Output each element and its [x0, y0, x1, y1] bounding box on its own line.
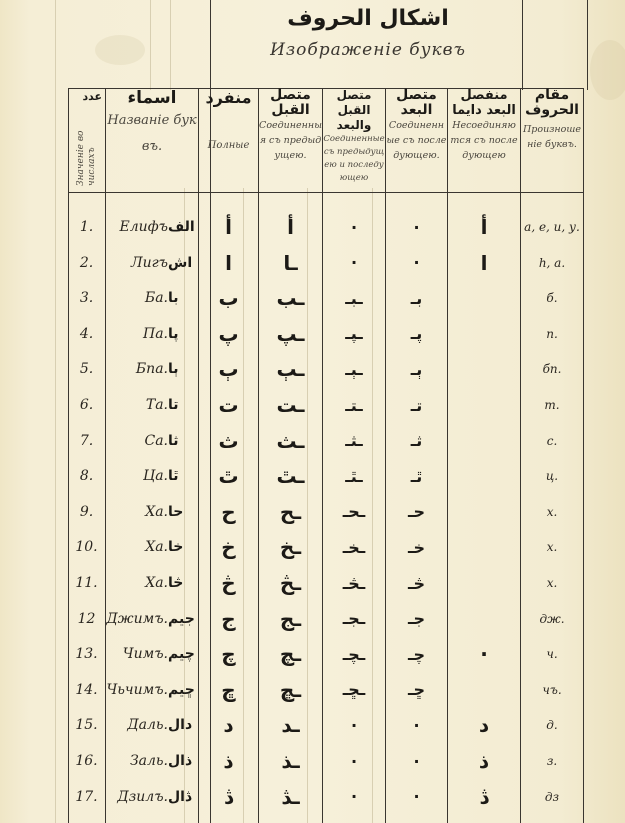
letter-name-arabic: الف — [168, 210, 198, 244]
table-row: 12 Джимъ. جيم ج ـج ـجـ جـ дж. — [68, 602, 583, 636]
letter-name-russian: Ха. — [106, 566, 168, 600]
form-final: چـ — [386, 637, 447, 671]
pronunciation: дж. — [521, 602, 583, 636]
letter-name-arabic: پا — [168, 317, 198, 351]
form-final: ڇـ — [386, 673, 447, 707]
letter-name-arabic: جيم — [168, 602, 198, 636]
letter-name-russian: Чьчимъ. — [106, 673, 168, 707]
letter-name-arabic: ڎال — [168, 780, 198, 814]
table-row: 13. Чимъ. چيم چ ـچ ـچـ چـ · ч. — [68, 637, 583, 671]
form-disconnected — [448, 352, 520, 386]
form-isolated: ح — [199, 495, 258, 529]
form-medial: ـڅـ — [323, 566, 385, 600]
pronunciation: х. — [521, 495, 583, 529]
form-final: خـ — [386, 530, 447, 564]
letter-number: 3. — [68, 281, 105, 315]
letter-name-arabic: ذال — [168, 744, 198, 778]
form-medial: ـحـ — [323, 495, 385, 529]
table-row: 16. Заль. ذال ذ ـذ · · ذ з. — [68, 744, 583, 778]
table-row: 11. Ха. څا څ ـڅ ـڅـ څـ х. — [68, 566, 583, 600]
pronunciation: п. — [521, 317, 583, 351]
pronunciation: бп. — [521, 352, 583, 386]
table-row: 1. Елифъ الف أ أ · · أ а, е, и, у. — [68, 210, 583, 244]
letter-number: 6. — [68, 388, 105, 422]
form-medial: ـٿـ — [323, 459, 385, 493]
table-row: 6. Та. تا ت ـت ـتـ تـ т. — [68, 388, 583, 422]
pronunciation: а, е, и, у. — [521, 210, 583, 244]
form-final: جـ — [386, 602, 447, 636]
form-medial: ـٻـ — [323, 352, 385, 386]
form-disconnected — [448, 281, 520, 315]
letter-name-russian: Даль. — [106, 708, 168, 742]
letter-number: 2. — [68, 246, 105, 280]
form-disconnected — [448, 424, 520, 458]
form-medial: ـڇـ — [323, 673, 385, 707]
form-isolated: ت — [199, 388, 258, 422]
form-disconnected: · — [448, 637, 520, 671]
form-initial: ـچ — [259, 637, 322, 671]
table-row: 17. Дзилъ. ڎال ڎ ـڎ · · ڎ дз — [68, 780, 583, 814]
form-isolated: ج — [199, 602, 258, 636]
form-initial: ـج — [259, 602, 322, 636]
form-disconnected: ذ — [448, 744, 520, 778]
letter-name-russian: Ха. — [106, 530, 168, 564]
table-rule — [522, 0, 523, 90]
paper-stain — [590, 40, 625, 100]
form-initial: ـا — [259, 246, 322, 280]
table-rule — [587, 0, 588, 90]
letter-number: 15. — [68, 708, 105, 742]
header-name: اسماء Названіе буквъ. — [106, 88, 198, 188]
letter-name-arabic: څا — [168, 566, 198, 600]
form-initial: ـٿ — [259, 459, 322, 493]
pronunciation: ц. — [521, 459, 583, 493]
form-disconnected — [448, 530, 520, 564]
form-isolated: ث — [199, 424, 258, 458]
letter-name-arabic: با — [168, 281, 198, 315]
form-initial: ـد — [259, 708, 322, 742]
header-disconnected: منفصل البعد دايما Несоединяются съ после… — [448, 88, 520, 188]
form-medial: ـچـ — [323, 637, 385, 671]
form-medial: ـخـ — [323, 530, 385, 564]
form-isolated: خ — [199, 530, 258, 564]
form-isolated: ٻ — [199, 352, 258, 386]
table-row: 4. Па. پا پ ـپ ـپـ پـ п. — [68, 317, 583, 351]
form-final: څـ — [386, 566, 447, 600]
letter-name-russian: Елифъ — [106, 210, 168, 244]
pronunciation: з. — [521, 744, 583, 778]
form-initial: ـخ — [259, 530, 322, 564]
letter-name-arabic: ثا — [168, 424, 198, 458]
form-final: ثـ — [386, 424, 447, 458]
letter-name-arabic: حا — [168, 495, 198, 529]
form-disconnected — [448, 673, 520, 707]
letter-name-arabic: ٻا — [168, 352, 198, 386]
letter-name-russian: Дзилъ. — [106, 780, 168, 814]
form-isolated: د — [199, 708, 258, 742]
form-final: حـ — [386, 495, 447, 529]
pronunciation: чъ. — [521, 673, 583, 707]
header-initial: متصل القبل Соединенныя съ предыдущею. — [259, 88, 322, 188]
form-isolated: ڎ — [199, 780, 258, 814]
header-final: متصل البعد Соединенные съ последующею. — [386, 88, 447, 188]
form-disconnected — [448, 388, 520, 422]
form-initial: ـب — [259, 281, 322, 315]
form-initial: ـٻ — [259, 352, 322, 386]
table-row: 14. Чьчимъ. ڇيم ڇ ـڇ ـڇـ ڇـ чъ. — [68, 673, 583, 707]
form-isolated: ذ — [199, 744, 258, 778]
form-initial: ـث — [259, 424, 322, 458]
pronunciation: х. — [521, 566, 583, 600]
letter-name-arabic: چيم — [168, 637, 198, 671]
form-medial: · — [323, 246, 385, 280]
pronunciation: h, а. — [521, 246, 583, 280]
form-isolated: ا — [199, 246, 258, 280]
form-initial: ـت — [259, 388, 322, 422]
document-page: اشكال الحروف Изображеніе буквъ عدد Значе… — [0, 0, 625, 823]
letter-number: 7. — [68, 424, 105, 458]
letter-name-russian: Ха. — [106, 495, 168, 529]
table-row: 8. Ца. ٿا ٿ ـٿ ـٿـ ٿـ ц. — [68, 459, 583, 493]
form-disconnected — [448, 495, 520, 529]
table-row: 2. Лигъ اش ا ـا · · ا h, а. — [68, 246, 583, 280]
form-isolated: ب — [199, 281, 258, 315]
letter-name-russian: Джимъ. — [106, 602, 168, 636]
table-rule — [583, 88, 584, 823]
form-final: ٿـ — [386, 459, 447, 493]
form-disconnected: ڎ — [448, 780, 520, 814]
form-final: بـ — [386, 281, 447, 315]
faint-rule — [170, 0, 171, 90]
letter-name-russian: Та. — [106, 388, 168, 422]
paper-stain — [95, 35, 145, 65]
form-isolated: چ — [199, 637, 258, 671]
form-final: · — [386, 246, 447, 280]
pronunciation: д. — [521, 708, 583, 742]
letter-number: 8. — [68, 459, 105, 493]
form-medial: · — [323, 708, 385, 742]
form-isolated: أ — [199, 210, 258, 244]
letter-name-russian: Па. — [106, 317, 168, 351]
title-arabic: اشكال الحروف — [228, 6, 508, 31]
letter-name-arabic: تا — [168, 388, 198, 422]
form-final: · — [386, 744, 447, 778]
letter-name-arabic: ڇيم — [168, 673, 198, 707]
form-initial: ـپ — [259, 317, 322, 351]
table-row: 7. Са. ثا ث ـث ـثـ ثـ с. — [68, 424, 583, 458]
form-final: ٻـ — [386, 352, 447, 386]
letter-number: 9. — [68, 495, 105, 529]
letter-number: 12 — [68, 602, 105, 636]
header-number: عدد Значеніе во числахъ — [68, 88, 105, 188]
form-isolated: ڇ — [199, 673, 258, 707]
pronunciation: ч. — [521, 637, 583, 671]
form-medial: · — [323, 210, 385, 244]
letter-number: 10. — [68, 530, 105, 564]
form-disconnected — [448, 566, 520, 600]
form-final: تـ — [386, 388, 447, 422]
form-medial: ـثـ — [323, 424, 385, 458]
form-disconnected: ا — [448, 246, 520, 280]
letter-name-arabic: ٿا — [168, 459, 198, 493]
title-russian: Изображеніе буквъ — [228, 40, 508, 60]
pronunciation: с. — [521, 424, 583, 458]
letter-name-russian: Ба. — [106, 281, 168, 315]
table-row: 3. Ба. با ب ـب ـبـ بـ б. — [68, 281, 583, 315]
pronunciation: т. — [521, 388, 583, 422]
letter-number: 16. — [68, 744, 105, 778]
table-row: 5. Бпа. ٻا ٻ ـٻ ـٻـ ٻـ бп. — [68, 352, 583, 386]
faint-rule — [55, 0, 56, 823]
letter-number: 1. — [68, 210, 105, 244]
form-final: · — [386, 708, 447, 742]
form-disconnected — [448, 459, 520, 493]
form-medial: · — [323, 744, 385, 778]
letter-number: 13. — [68, 637, 105, 671]
letter-name-russian: Бпа. — [106, 352, 168, 386]
pronunciation: х. — [521, 530, 583, 564]
pronunciation: дз — [521, 780, 583, 814]
letter-number: 14. — [68, 673, 105, 707]
form-initial: ـح — [259, 495, 322, 529]
form-isolated: ٿ — [199, 459, 258, 493]
header-pronunciation: مقام الحروف Произношеніе буквъ. — [521, 88, 583, 188]
form-medial: ـپـ — [323, 317, 385, 351]
form-medial: · — [323, 780, 385, 814]
letter-name-arabic: خا — [168, 530, 198, 564]
table-rule — [68, 192, 584, 193]
form-isolated: څ — [199, 566, 258, 600]
letter-name-russian: Чимъ. — [106, 637, 168, 671]
letter-name-russian: Са. — [106, 424, 168, 458]
form-disconnected — [448, 602, 520, 636]
letter-number: 17. — [68, 780, 105, 814]
pronunciation: б. — [521, 281, 583, 315]
form-disconnected: د — [448, 708, 520, 742]
letter-name-russian: Заль. — [106, 744, 168, 778]
form-initial: ـذ — [259, 744, 322, 778]
table-row: 9. Ха. حا ح ـح ـحـ حـ х. — [68, 495, 583, 529]
letter-name-russian: Ца. — [106, 459, 168, 493]
table-row: 15. Даль. دال د ـد · · د д. — [68, 708, 583, 742]
table-row: 10. Ха. خا خ ـخ ـخـ خـ х. — [68, 530, 583, 564]
letter-number: 11. — [68, 566, 105, 600]
form-initial: ـڇ — [259, 673, 322, 707]
letter-number: 4. — [68, 317, 105, 351]
header-medial: متصل القبل والبعد Соединенные съ предыду… — [323, 88, 385, 188]
form-isolated: پ — [199, 317, 258, 351]
form-medial: ـجـ — [323, 602, 385, 636]
form-disconnected: أ — [448, 210, 520, 244]
letter-name-arabic: دال — [168, 708, 198, 742]
form-initial: ـڎ — [259, 780, 322, 814]
letter-name-russian: Лигъ — [106, 246, 168, 280]
form-medial: ـبـ — [323, 281, 385, 315]
form-disconnected — [448, 317, 520, 351]
letter-number: 5. — [68, 352, 105, 386]
header-isolated: منفرد Полные — [199, 88, 258, 188]
form-initial: أ — [259, 210, 322, 244]
faint-rule — [150, 0, 151, 90]
letter-name-arabic: اش — [168, 246, 198, 280]
form-initial: ـڅ — [259, 566, 322, 600]
form-medial: ـتـ — [323, 388, 385, 422]
form-final: پـ — [386, 317, 447, 351]
form-final: · — [386, 780, 447, 814]
form-final: · — [386, 210, 447, 244]
